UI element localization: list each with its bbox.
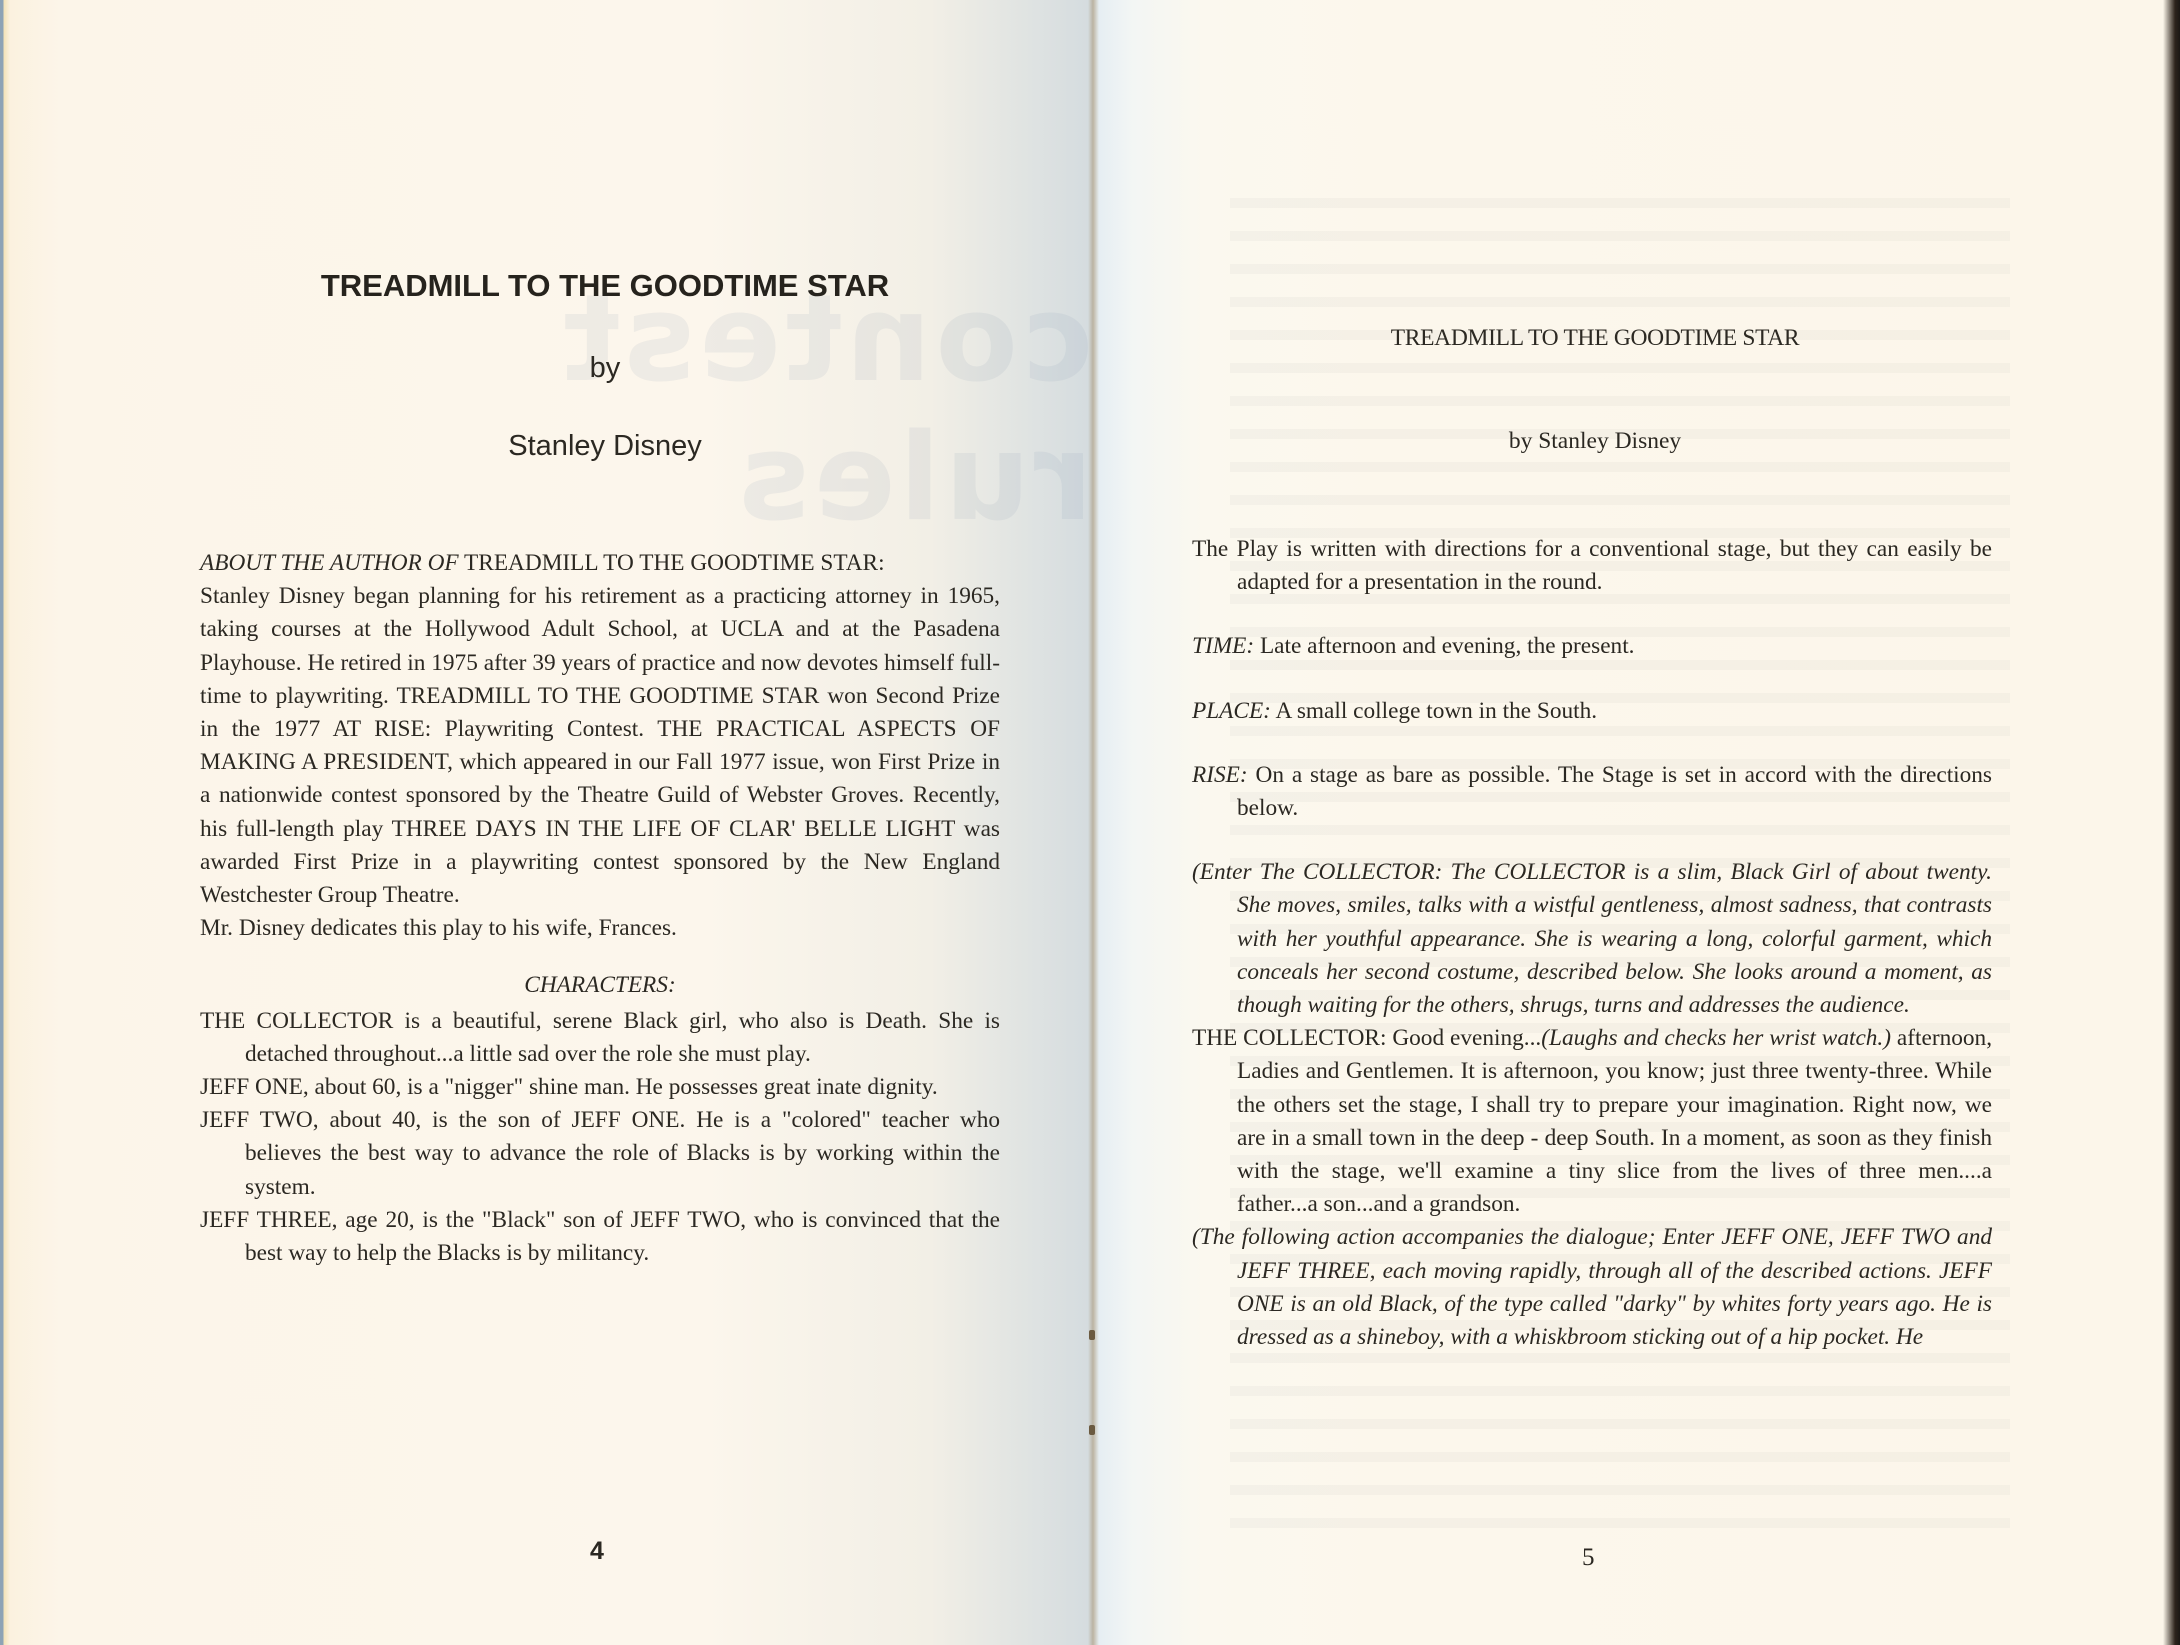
spine-staple	[1089, 1425, 1095, 1435]
characters-heading: CHARACTERS:	[200, 969, 1000, 1002]
left-page-author: Stanley Disney	[180, 430, 1030, 463]
dialogue-text: afternoon, Ladies and Gentlemen. It is a…	[1237, 1025, 1992, 1217]
left-page-body: ABOUT THE AUTHOR OF TREADMILL TO THE GOO…	[200, 547, 1000, 1270]
spine-staple	[1089, 1330, 1095, 1340]
left-page-title: TREADMILL TO THE GOODTIME STAR	[180, 268, 1030, 304]
inline-direction: (Laughs and checks her wrist watch.)	[1541, 1025, 1891, 1051]
speaker-name: THE COLLECTOR:	[1192, 1025, 1386, 1051]
about-heading: ABOUT THE AUTHOR OF TREADMILL TO THE GOO…	[200, 547, 1000, 580]
book-spread: contest rules TREADMILL TO THE GOODTIME …	[0, 0, 2180, 1645]
left-page-by: by	[180, 352, 1030, 385]
place-text: A small college town in the South.	[1271, 698, 1597, 724]
about-heading-rest: TREADMILL TO THE GOODTIME STAR:	[459, 550, 885, 576]
character-item: THE COLLECTOR is a beautiful, serene Bla…	[200, 1005, 1000, 1071]
right-page-body: The Play is written with directions for …	[1192, 533, 1992, 1354]
right-page-title: TREADMILL TO THE GOODTIME STAR	[1180, 325, 2010, 352]
character-item: JEFF ONE, about 60, is a "nigger" shine …	[200, 1071, 1000, 1104]
rise-label: RISE:	[1192, 762, 1248, 788]
show-through-text: contest rules	[240, 270, 1093, 548]
dialogue-text: Good evening...	[1386, 1025, 1541, 1051]
rise-line: RISE: On a stage as bare as possible. Th…	[1192, 759, 1992, 825]
character-item: JEFF THREE, age 20, is the "Black" son o…	[200, 1204, 1000, 1270]
right-page-byline: by Stanley Disney	[1180, 428, 2010, 455]
rise-text: On a stage as bare as possible. The Stag…	[1237, 762, 1992, 821]
time-line: TIME: Late afternoon and evening, the pr…	[1192, 630, 1992, 663]
character-item: JEFF TWO, about 40, is the son of JEFF O…	[200, 1104, 1000, 1204]
about-heading-italic: ABOUT THE AUTHOR OF	[200, 550, 459, 576]
time-label: TIME:	[1192, 633, 1254, 659]
left-page-number: 4	[590, 1537, 604, 1566]
place-line: PLACE: A small college town in the South…	[1192, 695, 1992, 728]
stage-direction: (Enter The COLLECTOR: The COLLECTOR is a…	[1192, 856, 1992, 1022]
staging-note: The Play is written with directions for …	[1192, 533, 1992, 599]
place-label: PLACE:	[1192, 698, 1271, 724]
stage-direction: (The following action accompanies the di…	[1192, 1221, 1992, 1354]
dialogue-line: THE COLLECTOR: Good evening...(Laughs an…	[1192, 1022, 1992, 1221]
time-text: Late afternoon and evening, the present.	[1254, 633, 1634, 659]
about-paragraph: Stanley Disney began planning for his re…	[200, 580, 1000, 912]
right-page-number: 5	[1582, 1544, 1595, 1572]
dedication: Mr. Disney dedicates this play to his wi…	[200, 912, 1000, 945]
